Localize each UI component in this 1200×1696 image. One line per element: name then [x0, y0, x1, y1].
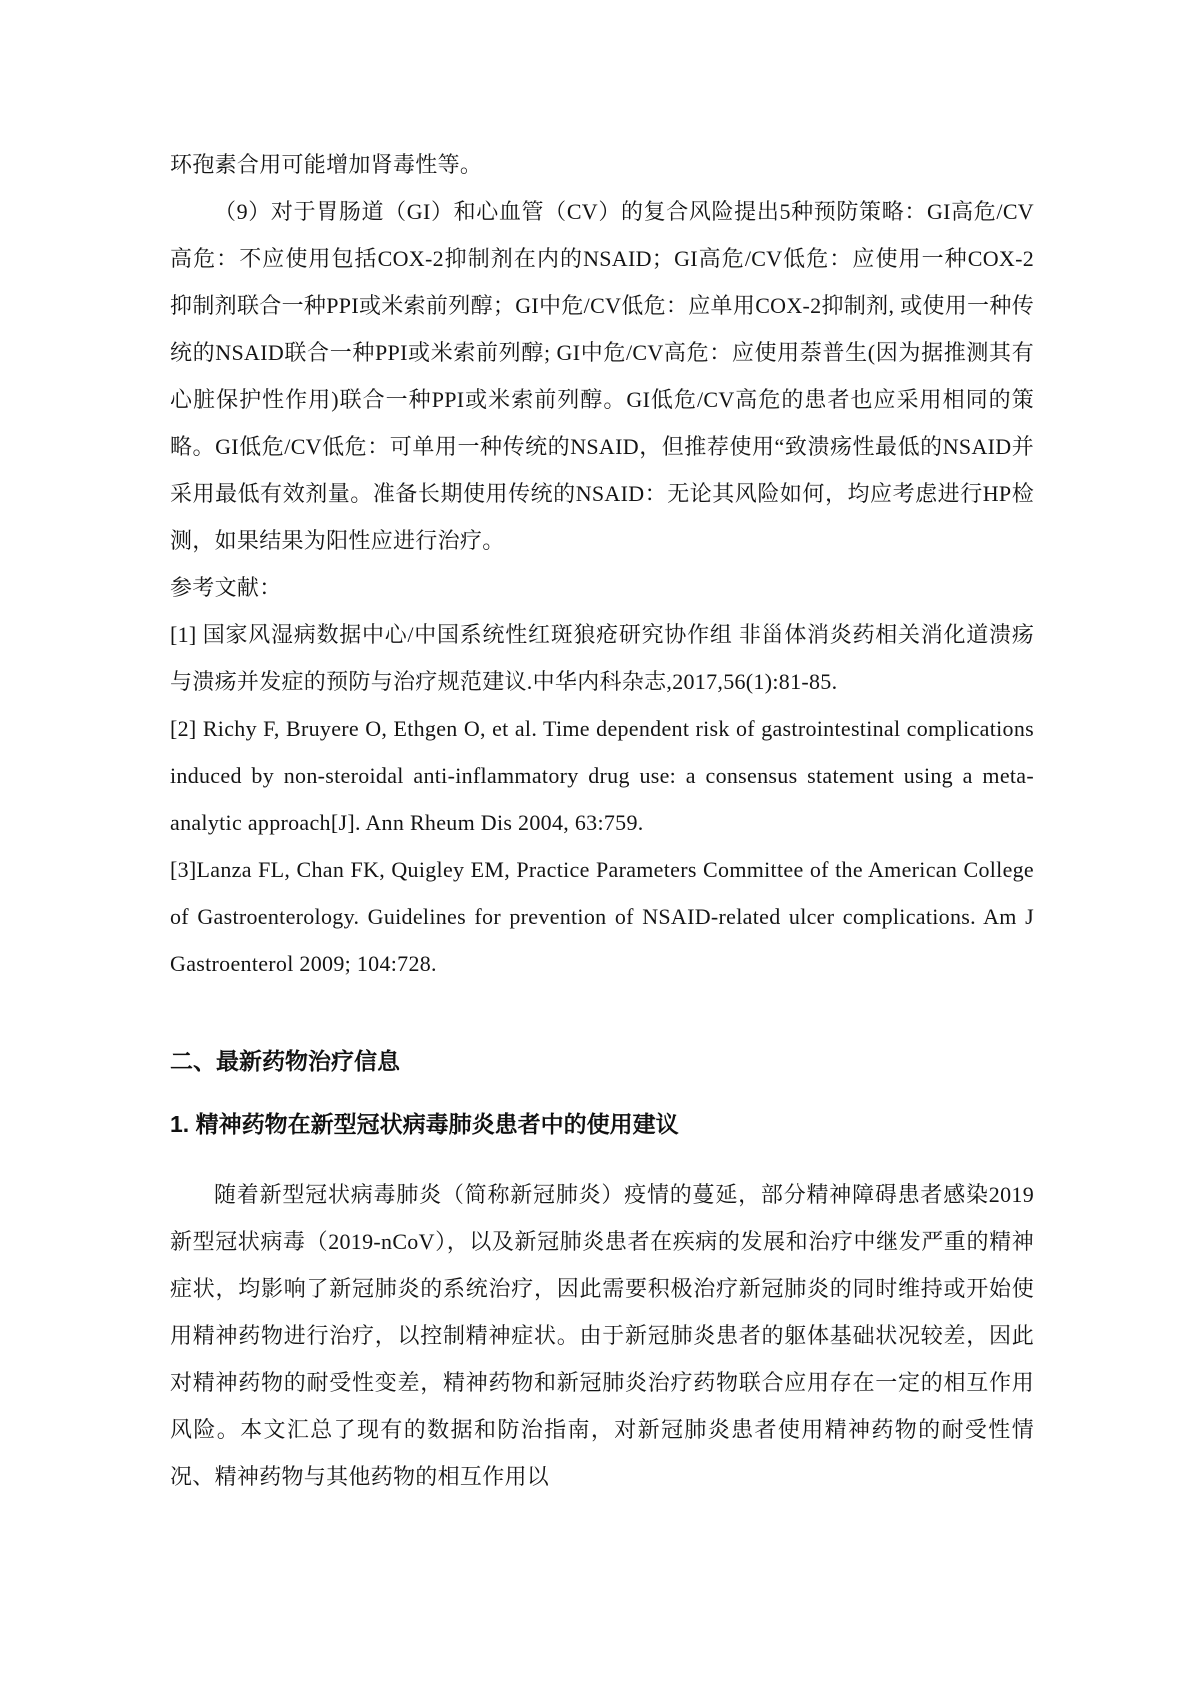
subsection-heading-psychotropics-covid: 1. 精神药物在新型冠状病毒肺炎患者中的使用建议: [170, 1101, 1034, 1148]
document-page: 环孢素合用可能增加肾毒性等。 （9）对于胃肠道（GI）和心血管（CV）的复合风险…: [0, 0, 1200, 1696]
section-heading-latest-drug-info: 二、最新药物治疗信息: [170, 1038, 1034, 1085]
body-paragraph-psychotropics: 随着新型冠状病毒肺炎（简称新冠肺炎）疫情的蔓延，部分精神障碍患者感染2019新型…: [170, 1171, 1034, 1500]
reference-item-3: [3]Lanza FL, Chan FK, Quigley EM, Practi…: [170, 846, 1034, 987]
references-heading: 参考文献：: [170, 564, 1034, 611]
document-content: 环孢素合用可能增加肾毒性等。 （9）对于胃肠道（GI）和心血管（CV）的复合风险…: [170, 141, 1034, 1500]
paragraph-continuation: 环孢素合用可能增加肾毒性等。: [170, 141, 1034, 188]
reference-item-1: [1] 国家风湿病数据中心/中国系统性红斑狼疮研究协作组 非甾体消炎药相关消化道…: [170, 611, 1034, 705]
reference-item-2: [2] Richy F, Bruyere O, Ethgen O, et al.…: [170, 705, 1034, 846]
paragraph-strategy-9: （9）对于胃肠道（GI）和心血管（CV）的复合风险提出5种预防策略：GI高危/C…: [170, 188, 1034, 564]
